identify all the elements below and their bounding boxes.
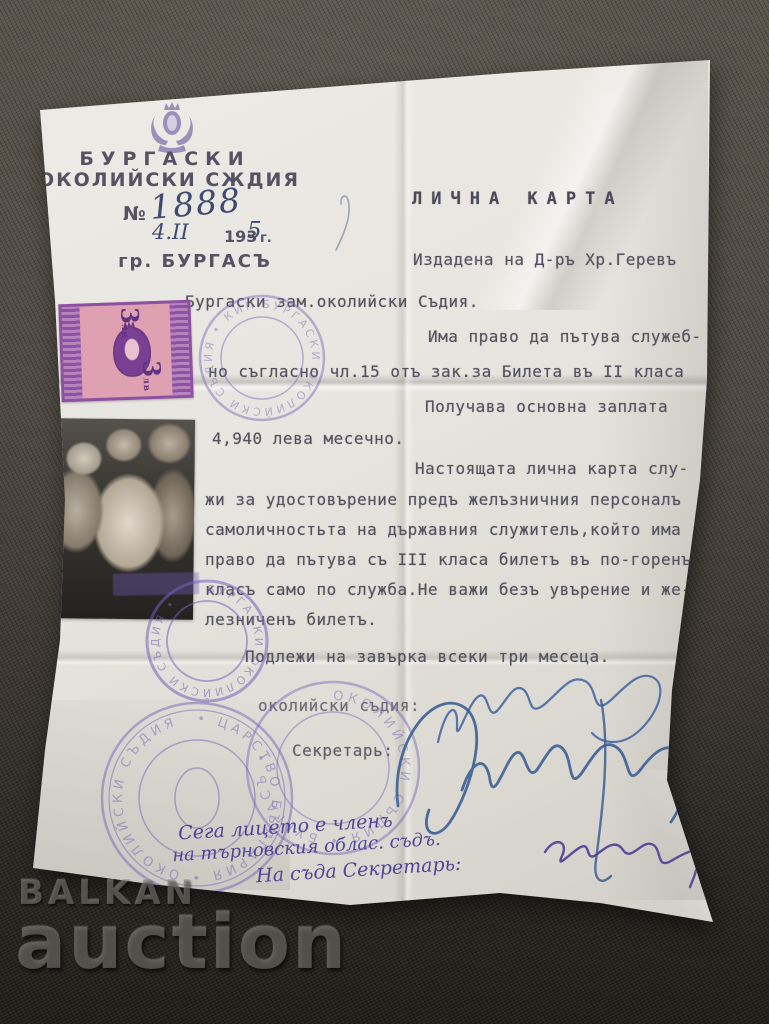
judge-signature [438,676,660,742]
body-line: лезниченъ билетъ. [205,610,377,629]
paper-wrapper: БУРГАСКИ ОКОЛИЙСКИ СЖДИЯ № 1888 4.ΙΙ 193… [0,0,769,1024]
letterhead-org-line1: БУРГАСКИ [40,148,290,170]
coat-of-arms-icon [146,99,198,153]
body-line: самоличностьта на държавния служитель,ко… [205,520,681,539]
paper-shading-bottom-left [30,700,290,890]
fold-crease-vertical [394,60,414,910]
stamp-ink-smudge [113,572,199,595]
body-line: но съгласно чл.15 отъ зак.за Билета въ I… [208,362,684,381]
body-line: Има право да пътува служеб- [428,327,702,346]
body-line: право да пътува съ III класа билетъ въ п… [205,550,691,569]
secretary-signature-label: Секретарь: [292,741,393,760]
body-line: Подлежи на завърка всеки три месеца. [245,647,610,666]
revenue-stamp-value: 3лв [117,307,142,339]
document-title: ЛИЧНА КАРТА [412,189,624,209]
letterhead-rule-1 [0,0,102,6]
body-line: 4,940 лева месечно. [212,429,405,448]
folded-corner-highlight [640,770,730,930]
photographed-document-scene: БУРГАСКИ ОКОЛИЙСКИ СЖДИЯ № 1888 4.ΙΙ 193… [0,0,769,1024]
secretary-signature [397,703,687,833]
revenue-stamp-border-right [169,303,190,396]
purple-signature [545,800,739,887]
date-suffix: г. [260,231,272,246]
paper-shading-right [600,60,708,900]
document-number-label: № [123,203,146,225]
date-day-handwritten: 4.ΙΙ [152,220,189,244]
letterhead-rule-2 [0,0,218,6]
revenue-stamp-border-left [61,307,82,400]
body-line: класъ само по служба.Не важи безъ увърен… [205,580,691,599]
ink-flourish [336,196,349,250]
body-line: Настоящата лична карта слу- [415,459,689,478]
body-line: Бургаски зам.околийски Съдия. [185,292,479,311]
fold-crease-diagonal [430,40,740,310]
revenue-stamp: 3лв 3лв [58,300,193,403]
body-line: жи за удостовърение предъ желъзничния пе… [205,490,681,509]
body-line: Издадена на Д-ръ Хр.Геревъ [413,250,676,269]
document-paper: БУРГАСКИ ОКОЛИЙСКИ СЖДИЯ № 1888 4.ΙΙ 193… [0,0,769,1024]
revenue-stamp-value: 3лв [139,360,164,392]
body-line: Получава основна заплата [425,397,668,416]
letterhead-city: гр. БУРГАСЪ [100,251,290,272]
secretary-signature-stroke [595,700,611,881]
judge-signature-label: околийски съдия: [258,696,420,715]
